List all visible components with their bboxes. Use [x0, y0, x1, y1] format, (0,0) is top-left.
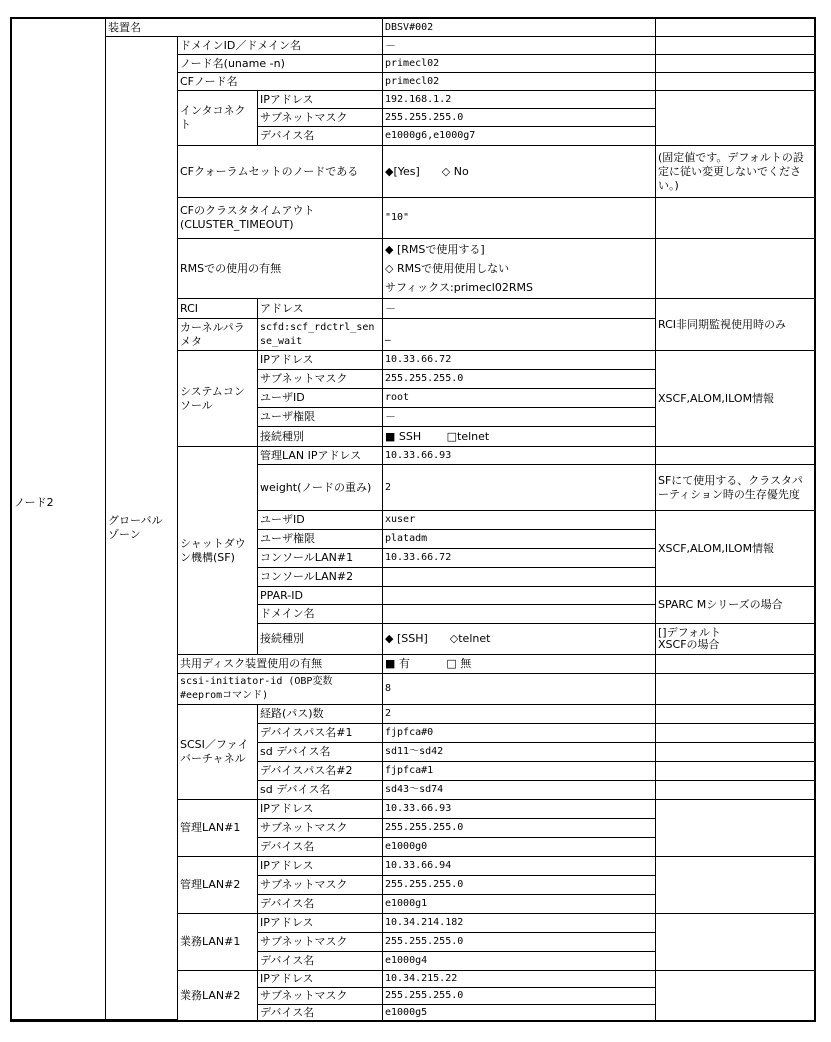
scsi-initiator-label: scsi-initiator-id (OBP変数 #eepromコマンド)	[178, 674, 383, 705]
lan-ip-value[interactable]: 10.33.66.93	[383, 800, 656, 819]
sf-conntype-label: 接続種別	[258, 624, 383, 655]
shared-disk-note	[656, 655, 814, 674]
lan-note	[656, 914, 814, 971]
device-name-value[interactable]: DBSV#002	[383, 19, 656, 37]
sf-mgmt-ip-note	[656, 447, 814, 465]
sc-ip-value[interactable]: 10.33.66.72	[383, 351, 656, 370]
sf-console-lan1-value[interactable]: 10.33.66.72	[383, 549, 656, 568]
scsi-sd1-label: sd デバイス名	[258, 743, 383, 762]
zone-label-cell: グローバル ゾーン	[106, 37, 178, 1020]
lan-mask-label: サブネットマスク	[258, 988, 383, 1005]
scsi-fc-group-label: SCSI／ファイバーチャネル	[178, 705, 258, 800]
rci-address-label: アドレス	[258, 299, 383, 319]
interconnect-device-label: デバイス名	[258, 127, 383, 146]
cf-timeout-value[interactable]: "10"	[383, 198, 656, 239]
lan-group-label: 業務LAN#2	[178, 971, 258, 1020]
scsi-devpath1-label: デバイスパス名#1	[258, 724, 383, 743]
sf-userpriv-value[interactable]: platadm	[383, 530, 656, 549]
scsi-devpath2-note	[656, 762, 814, 781]
interconnect-note	[656, 91, 814, 146]
scsi-paths-label: 経路(パス)数	[258, 705, 383, 724]
rms-option-use[interactable]: ◆ [RMSで使用する]	[385, 240, 485, 259]
cf-node-name-value[interactable]: primecl02	[383, 73, 656, 91]
sf-ppar-id-value[interactable]	[383, 587, 656, 605]
sf-userpriv-label: ユーザ権限	[258, 530, 383, 549]
domain-id-value[interactable]: －	[383, 37, 656, 55]
lan-note	[656, 857, 814, 914]
device-name-label: 装置名	[106, 19, 383, 37]
sf-weight-value[interactable]: 2	[383, 465, 656, 511]
cf-timeout-note	[656, 198, 814, 239]
sf-mgmt-ip-label: 管理LAN IPアドレス	[258, 447, 383, 465]
scsi-sd2-note	[656, 781, 814, 800]
lan-group-label: 管理LAN#2	[178, 857, 258, 914]
sc-conntype-value[interactable]: ■ SSH □telnet	[383, 427, 656, 447]
lan-group-label: 管理LAN#1	[178, 800, 258, 857]
cf-quorum-note: (固定値です。デフォルトの設定に従い変更しないでください。)	[656, 146, 814, 198]
cf-node-name-note	[656, 73, 814, 91]
shared-disk-value[interactable]: ■ 有 □ 無	[383, 655, 656, 674]
kernel-param-label: scfd:scf_rdctrl_sense_wait	[258, 319, 383, 351]
lan-device-value[interactable]: e1000g5	[383, 1005, 656, 1020]
sf-ppar-id-label: PPAR-ID	[258, 587, 383, 605]
cf-node-name-label: CFノード名	[178, 73, 383, 91]
device-name-note	[656, 19, 814, 37]
interconnect-group-label: インタコネクト	[178, 91, 258, 146]
scsi-devpath1-value[interactable]: fjpfca#0	[383, 724, 656, 743]
sf-conntype-value[interactable]: ◆ [SSH] ◇telnet	[383, 624, 656, 655]
sf-domain-name-value[interactable]	[383, 605, 656, 624]
shared-disk-label: 共用ディスク装置使用の有無	[178, 655, 383, 674]
lan-ip-label: IPアドレス	[258, 914, 383, 933]
sf-mgmt-ip-value[interactable]: 10.33.66.93	[383, 447, 656, 465]
lan-ip-value[interactable]: 10.34.214.182	[383, 914, 656, 933]
domain-id-label: ドメインID／ドメイン名	[178, 37, 383, 55]
lan-mask-label: サブネットマスク	[258, 933, 383, 952]
lan-device-label: デバイス名	[258, 952, 383, 971]
sc-mask-label: サブネットマスク	[258, 370, 383, 389]
scsi-paths-value[interactable]: 2	[383, 705, 656, 724]
scsi-sd2-label: sd デバイス名	[258, 781, 383, 800]
sf-userid-value[interactable]: xuser	[383, 511, 656, 530]
cf-quorum-value[interactable]: ◆[Yes] ◇ No	[383, 146, 656, 198]
rci-address-value[interactable]: －	[383, 299, 656, 319]
interconnect-device-value[interactable]: e1000g6,e1000g7	[383, 127, 656, 146]
sf-conntype-note: []デフォルト XSCFの場合	[656, 624, 814, 655]
interconnect-mask-value[interactable]: 255.255.255.0	[383, 109, 656, 127]
sc-conntype-label: 接続種別	[258, 427, 383, 447]
lan-device-value[interactable]: e1000g0	[383, 838, 656, 857]
node-name-value[interactable]: primecl02	[383, 55, 656, 73]
interconnect-mask-label: サブネットマスク	[258, 109, 383, 127]
lan-device-label: デバイス名	[258, 895, 383, 914]
sc-userpriv-label: ユーザ権限	[258, 408, 383, 427]
sc-note: XSCF,ALOM,ILOM情報	[656, 351, 814, 447]
sc-userpriv-value[interactable]: －	[383, 408, 656, 427]
lan-device-value[interactable]: e1000g4	[383, 952, 656, 971]
lan-mask-label: サブネットマスク	[258, 819, 383, 838]
scsi-devpath2-label: デバイスパス名#2	[258, 762, 383, 781]
lan-mask-value[interactable]: 255.255.255.0	[383, 876, 656, 895]
rci-note: RCI非同期監視使用時のみ	[656, 299, 814, 351]
sc-userid-value[interactable]: root	[383, 389, 656, 408]
rms-option-not-use[interactable]: ◇ RMSで使用使用しない	[385, 259, 509, 278]
sc-ip-label: IPアドレス	[258, 351, 383, 370]
scsi-devpath2-value[interactable]: fjpfca#1	[383, 762, 656, 781]
scsi-initiator-value[interactable]: 8	[383, 674, 656, 705]
interconnect-ip-value[interactable]: 192.168.1.2	[383, 91, 656, 109]
node-label-cell: ノード2	[12, 19, 106, 1020]
lan-device-value[interactable]: e1000g1	[383, 895, 656, 914]
sf-sparc-note: SPARC Mシリーズの場合	[656, 587, 814, 624]
lan-ip-value[interactable]: 10.33.66.94	[383, 857, 656, 876]
sf-weight-note: SFにて使用する、クラスタパーティション時の生存優先度	[656, 465, 814, 511]
rms-use-label: RMSでの使用の有無	[178, 239, 383, 299]
lan-mask-label: サブネットマスク	[258, 876, 383, 895]
scsi-devpath1-note	[656, 724, 814, 743]
sc-mask-value[interactable]: 255.255.255.0	[383, 370, 656, 389]
rci-group-label: RCI	[178, 299, 258, 319]
lan-mask-value[interactable]: 255.255.255.0	[383, 988, 656, 1005]
lan-note	[656, 971, 814, 1020]
lan-ip-label: IPアドレス	[258, 971, 383, 988]
node-config-sheet: ノード2 装置名 DBSV#002 グローバル ゾーン ドメインID／ドメイン名…	[10, 17, 816, 1022]
scsi-sd1-note	[656, 743, 814, 762]
sf-console-lan2-value[interactable]	[383, 568, 656, 587]
cf-timeout-label: CFのクラスタタイムアウト (CLUSTER_TIMEOUT)	[178, 198, 383, 239]
lan-ip-label: IPアドレス	[258, 857, 383, 876]
scsi-paths-note	[656, 705, 814, 724]
rms-use-options[interactable]: ◆ [RMSで使用する] ◇ RMSで使用使用しない サフィックス:primec…	[383, 239, 656, 299]
domain-id-note	[656, 37, 814, 55]
sf-domain-name-label: ドメイン名	[258, 605, 383, 624]
node-name-label: ノード名(uname -n)	[178, 55, 383, 73]
lan-device-label: デバイス名	[258, 1005, 383, 1020]
cf-quorum-label: CFクォーラムセットのノードである	[178, 146, 383, 198]
lan-ip-value[interactable]: 10.34.215.22	[383, 971, 656, 988]
sf-weight-label: weight(ノードの重み)	[258, 465, 383, 511]
sf-group-label: シャットダウン機構(SF)	[178, 447, 258, 655]
scsi-sd1-value[interactable]: sd11～sd42	[383, 743, 656, 762]
system-console-group-label: システムコンソール	[178, 351, 258, 447]
lan-note	[656, 800, 814, 857]
kernel-param-value[interactable]: _	[383, 319, 656, 351]
sf-xscf-note: XSCF,ALOM,ILOM情報	[656, 511, 814, 587]
lan-ip-label: IPアドレス	[258, 800, 383, 819]
sf-userid-label: ユーザID	[258, 511, 383, 530]
sf-console-lan1-label: コンソールLAN#1	[258, 549, 383, 568]
lan-device-label: デバイス名	[258, 838, 383, 857]
sf-console-lan2-label: コンソールLAN#2	[258, 568, 383, 587]
node-name-note	[656, 55, 814, 73]
rms-suffix: サフィックス:primecl02RMS	[385, 278, 533, 297]
rms-use-note	[656, 239, 814, 299]
scsi-sd2-value[interactable]: sd43～sd74	[383, 781, 656, 800]
interconnect-ip-label: IPアドレス	[258, 91, 383, 109]
lan-mask-value[interactable]: 255.255.255.0	[383, 933, 656, 952]
lan-group-label: 業務LAN#1	[178, 914, 258, 971]
lan-mask-value[interactable]: 255.255.255.0	[383, 819, 656, 838]
sc-userid-label: ユーザID	[258, 389, 383, 408]
scsi-initiator-note	[656, 674, 814, 705]
kernel-param-group-label: カーネルパラメタ	[178, 319, 258, 351]
